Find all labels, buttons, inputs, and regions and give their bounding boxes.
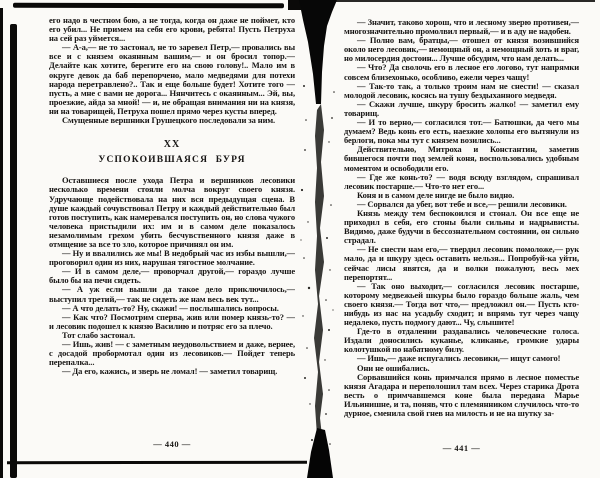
text-paragraph: Смущенные вершники Грушецкого последовал… xyxy=(49,116,295,125)
page-number-left: — 440 — xyxy=(49,439,295,449)
chapter-title: УСПОКОИВШАЯСЯ БУРЯ xyxy=(49,156,295,165)
text-paragraph: — А-а,— не то застонал, не то заревел Пе… xyxy=(49,43,295,116)
text-paragraph: — Полно вам, братцы,— отошел от князя во… xyxy=(344,36,579,63)
chapter-number-heading: XX xyxy=(49,140,295,149)
text-paragraph: — И в самом деле,— проворчал другой,— го… xyxy=(49,267,295,285)
scan-artifact-top-thin-line xyxy=(313,0,595,2)
text-paragraph: — Так-то так, а только троим нам не снес… xyxy=(344,82,579,100)
text-paragraph: Где-то в отдалении раздавались человечес… xyxy=(344,327,579,354)
scan-artifact-bottom-line xyxy=(7,461,307,464)
text-paragraph: — И то верно,— согласился тот.— Батюшки,… xyxy=(344,118,579,145)
text-paragraph: — Скажи лучше, шкуру бросить жалко! — за… xyxy=(344,100,579,118)
scan-artifact-left-edge-bar xyxy=(10,24,17,478)
text-paragraph: — Что? Да сволочь его в лесное его логов… xyxy=(344,63,579,81)
text-paragraph: — Не снести нам его,— твердил лесовик по… xyxy=(344,245,579,281)
scan-artifact-left-outer-line xyxy=(0,8,3,478)
text-paragraph: — Как что? Посмотрим сперва, жив или пом… xyxy=(49,313,295,331)
text-paragraph: Оставшиеся после ухода Петра и вершников… xyxy=(49,176,295,249)
text-paragraph: — Ну и ввалились же мы! В недобрый час и… xyxy=(49,249,295,267)
left-page-text-column: его надо в честном бою, а не тогда, когд… xyxy=(49,16,295,440)
text-paragraph: — А уж если вышли да такое дело приключи… xyxy=(49,285,295,303)
text-paragraph: — Где же конь-то? — водя всюду взглядом,… xyxy=(344,173,579,191)
text-paragraph: его надо в честном бою, а не тогда, когд… xyxy=(49,16,295,43)
page-number-right: — 441 — xyxy=(344,443,579,453)
scan-artifact-gutter-shadow xyxy=(296,0,348,478)
text-paragraph: — Да его, кажись, и зверь не ломал! — за… xyxy=(49,367,295,376)
text-paragraph: — Так оно выходит,— согласился лесовик п… xyxy=(344,282,579,327)
text-paragraph: Сорвавшийся конь примчался прямо в лесно… xyxy=(344,373,579,418)
text-paragraph: — Значит, таково хорош, что и лесному зв… xyxy=(344,18,579,36)
right-page-text-column: — Значит, таково хорош, что и лесному зв… xyxy=(344,18,579,442)
scanned-book-page: { "document": { "kind": "scanned book sp… xyxy=(0,0,600,478)
text-paragraph: Князь между тем беспокоился и стонал. Он… xyxy=(344,209,579,245)
text-paragraph: — Ишь, жив! — с заметным неудовольствием… xyxy=(49,340,295,367)
scan-artifact-top-bar xyxy=(13,3,284,9)
text-paragraph: Действительно, Митроха и Константин, зам… xyxy=(344,145,579,172)
